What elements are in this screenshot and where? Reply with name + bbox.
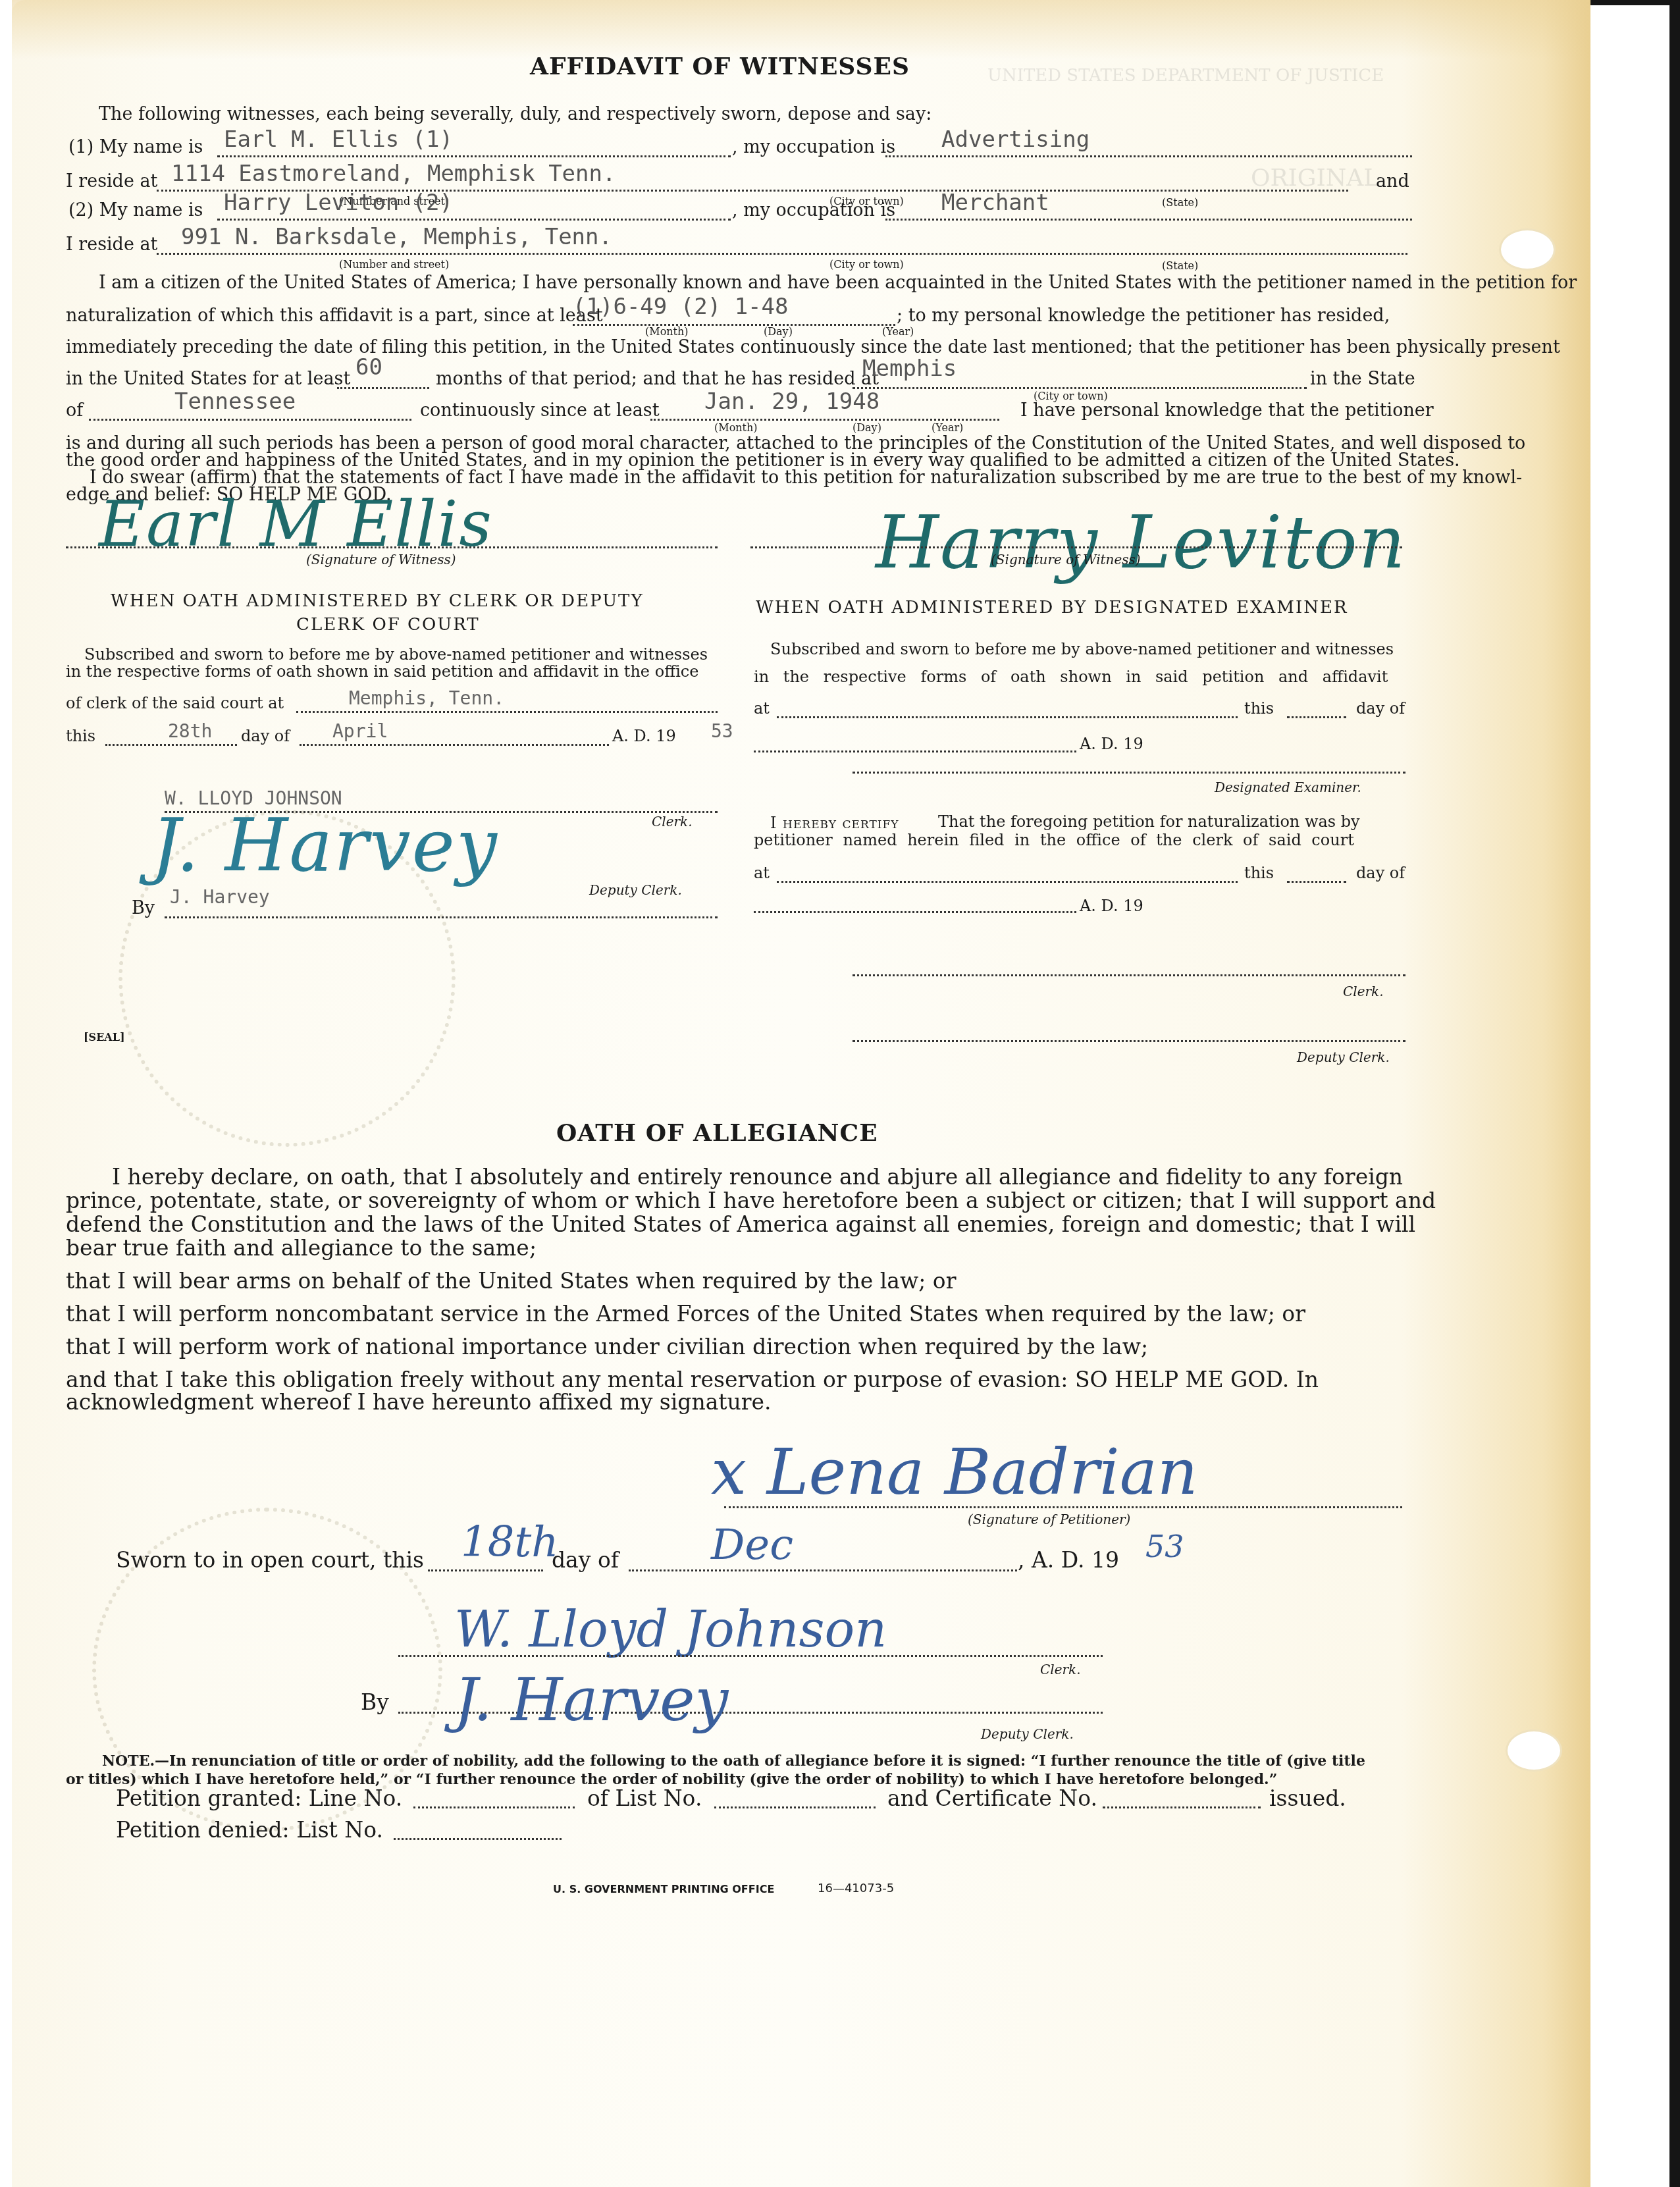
caption-day: (Day): [853, 421, 881, 434]
certify-clerk-label: Clerk.: [1343, 984, 1384, 999]
clerk-para-1: Subscribed and sworn to before me by abo…: [84, 645, 708, 664]
examiner-ad-label: A. D. 19: [1080, 735, 1143, 753]
date-field[interactable]: Jan. 29, 1948: [704, 388, 879, 415]
witness2-address-field[interactable]: 991 N. Barksdale, Memphis, Tenn.: [181, 224, 612, 250]
clerk-label: Clerk.: [652, 814, 693, 830]
caption-city-town: (City or town): [829, 258, 904, 271]
clerk-section-subheading: CLERK OF COURT: [296, 615, 480, 635]
since-date-field[interactable]: (1)6-49 (2) 1-48: [573, 294, 789, 320]
clerk-year-field[interactable]: 53: [711, 720, 733, 742]
witness1-name-field[interactable]: Earl M. Ellis (1): [224, 126, 453, 153]
caption-day: (Day): [764, 325, 793, 338]
sworn-day-of-label: day of: [552, 1548, 619, 1571]
date-line: [650, 419, 999, 421]
sworn-year-field[interactable]: 53: [1145, 1529, 1184, 1564]
note-text-line1: NOTE.—In renunciation of title or order …: [102, 1752, 1365, 1770]
clerk-ad-label: A. D. 19: [612, 727, 676, 745]
clerk-day-line: [105, 744, 237, 746]
oath-title: OATH OF ALLEGIANCE: [556, 1119, 878, 1147]
oath-clerk-label: Clerk.: [1040, 1662, 1081, 1677]
caption-month: (Month): [645, 325, 689, 338]
oath-clerk-line: [398, 1655, 1103, 1657]
scanner-edge-right: [1669, 0, 1680, 2187]
backing-sheet: [1590, 7, 1672, 2187]
witness1-signature-line: [66, 546, 718, 548]
certify-clerk-line: [853, 974, 1405, 976]
body-line-5-mid: continuously since at least: [420, 400, 660, 421]
clerk-this-label: this: [66, 727, 95, 745]
body-line-2: naturalization of which this affidavit i…: [66, 305, 603, 326]
certify-day-of-label: day of: [1356, 864, 1405, 882]
witness1-name-line: [217, 155, 731, 157]
certify-line-2: petitioner named herein filed in the off…: [754, 831, 1354, 849]
bleedthrough-text: ORIGINAL: [1251, 165, 1379, 192]
witness1-signature: Earl M Ellis: [99, 487, 493, 561]
certify-deputy-line: [853, 1040, 1405, 1042]
deputy-signature: J. Harvey: [151, 803, 498, 887]
examiner-section-heading: WHEN OATH ADMINISTERED BY DESIGNATED EXA…: [756, 598, 1348, 618]
oath-p5-line2: acknowledgment whereof I have hereunto a…: [66, 1390, 772, 1413]
binder-hole-bottom: [1508, 1731, 1560, 1770]
clerk-para-2: in the respective forms of oath shown in…: [66, 662, 699, 681]
examiner-para-1: Subscribed and sworn to before me by abo…: [770, 640, 1394, 658]
examiner-at-label: at: [754, 699, 770, 718]
and-text: and: [1376, 171, 1409, 192]
deputy-clerk-label: Deputy Clerk.: [589, 882, 682, 898]
witness2-address-line: [157, 253, 1407, 255]
clerk-month-line: [300, 744, 609, 746]
witness1-reside-label: I reside at: [66, 171, 157, 192]
certify-line-1: That the foregoing petition for naturali…: [938, 812, 1360, 831]
petitioner-signature-line: [724, 1506, 1402, 1508]
granted-list-no-field[interactable]: [714, 1806, 876, 1808]
intro-text: The following witnesses, each being seve…: [99, 104, 932, 124]
state-line: [89, 419, 411, 421]
clerk-place-line: [296, 711, 718, 713]
body-line-3: immediately preceding the date of filing…: [66, 337, 1560, 357]
caption-year: (Year): [932, 421, 963, 434]
oath-p3: that I will perform noncombatant service…: [66, 1302, 1305, 1325]
deputy-name-typed: J. Harvey: [170, 886, 270, 908]
examiner-month-line: [754, 751, 1076, 752]
body-line-1: I am a citizen of the United States of A…: [99, 273, 1577, 293]
oath-p1-line4: bear true faith and allegiance to the sa…: [66, 1236, 537, 1259]
witness1-occupation-label: , my occupation is: [732, 137, 895, 157]
body-line-4: in the United States for at least: [66, 369, 350, 389]
granted-label: Petition granted: Line No.: [116, 1787, 402, 1810]
body-line-5: of: [66, 400, 83, 421]
certify-at-label: at: [754, 864, 770, 882]
caption-state: (State): [1162, 196, 1198, 209]
oath-p1-line1: I hereby declare, on oath, that I absolu…: [112, 1165, 1403, 1188]
witness1-address-field[interactable]: 1114 Eastmoreland, Memphisk Tenn.: [171, 161, 616, 187]
seal-label: [SEAL]: [84, 1031, 125, 1043]
oath-p1-line3: defend the Constitution and the laws of …: [66, 1213, 1415, 1236]
examiner-signature-line: [853, 772, 1405, 774]
examiner-day-of-label: day of: [1356, 699, 1405, 718]
witness2-name-line: [217, 219, 731, 221]
binder-hole-top: [1501, 230, 1554, 269]
designated-examiner-label: Designated Examiner.: [1215, 779, 1361, 795]
clerk-para-3: of clerk of the said court at: [66, 694, 284, 712]
scanner-edge-top: [1590, 0, 1680, 5]
certificate-label: and Certificate No.: [887, 1787, 1097, 1810]
witness2-signature-caption: (Signature of Witness): [991, 552, 1141, 567]
certify-deputy-label: Deputy Clerk.: [1297, 1049, 1390, 1065]
oath-clerk-signature: W. Lloyd Johnson: [454, 1600, 887, 1658]
examiner-para-2: in the respective forms of oath shown in…: [754, 668, 1388, 686]
clerk-place-field[interactable]: Memphis, Tenn.: [349, 687, 504, 709]
granted-line-no-field[interactable]: [413, 1806, 575, 1808]
certify-place-line: [777, 881, 1238, 883]
caption-number-street: (Number and street): [339, 258, 449, 271]
of-list-label: of List No.: [587, 1787, 702, 1810]
witness1-name-label: (1) My name is: [68, 137, 203, 157]
examiner-place-line: [777, 716, 1238, 718]
printer-imprint: U. S. GOVERNMENT PRINTING OFFICE: [553, 1883, 774, 1895]
oath-p1-line2: prince, potentate, state, or sovereignty…: [66, 1189, 1436, 1212]
examiner-day-line: [1287, 716, 1346, 718]
certificate-no-field[interactable]: [1103, 1806, 1261, 1808]
witness1-occupation-field[interactable]: Advertising: [941, 126, 1089, 153]
since-date-line: [573, 324, 895, 326]
witness2-name-label: (2) My name is: [68, 200, 203, 221]
caption-year: (Year): [882, 325, 914, 338]
witness2-reside-label: I reside at: [66, 234, 157, 255]
body-line-2-post: ; to my personal knowledge the petitione…: [897, 305, 1390, 326]
form-code: 16—41073-5: [818, 1882, 894, 1895]
oath-deputy-signature: J. Harvey: [454, 1666, 728, 1735]
denied-list-no-field[interactable]: [394, 1838, 562, 1840]
sworn-day-field[interactable]: 18th: [461, 1518, 558, 1567]
clerk-day-of-label: day of: [241, 727, 290, 745]
clerk-month-field[interactable]: April: [332, 720, 388, 742]
witness1-occupation-line: [885, 155, 1412, 157]
witness2-occupation-field[interactable]: Merchant: [941, 190, 1049, 216]
denied-label: Petition denied: List No.: [116, 1818, 383, 1841]
sworn-ad-label: , A. D. 19: [1018, 1548, 1119, 1571]
note-lead: NOTE.: [102, 1752, 155, 1770]
certify-day-line: [1287, 881, 1346, 883]
oath-p4: that I will perform work of national imp…: [66, 1335, 1148, 1358]
petitioner-signature: x Lena Badrian: [711, 1435, 1198, 1509]
oath-p5-line1: and that I take this obligation freely w…: [66, 1368, 1319, 1391]
state-field[interactable]: Tennessee: [174, 388, 296, 415]
examiner-this-label: this: [1244, 699, 1274, 718]
sworn-month-field[interactable]: Dec: [711, 1521, 793, 1569]
sworn-day-line: [428, 1569, 543, 1571]
oath-deputy-label: Deputy Clerk.: [981, 1726, 1074, 1742]
petitioner-signature-caption: (Signature of Petitioner): [968, 1512, 1130, 1527]
body-line-5-post: I have personal knowledge that the petit…: [1020, 400, 1434, 421]
certify-month-line: [754, 911, 1076, 913]
witness2-signature: Harry Leviton: [876, 500, 1407, 585]
witness1-signature-caption: (Signature of Witness): [306, 552, 456, 567]
form-title: AFFIDAVIT OF WITNESSES: [530, 53, 910, 80]
oath-by-label: By: [361, 1691, 389, 1714]
body-line-4-mid: months of that period; and that he has r…: [436, 369, 879, 389]
certify-ad-label: A. D. 19: [1080, 897, 1143, 915]
by-label: By: [132, 898, 155, 918]
witness2-occupation-label: , my occupation is: [732, 200, 895, 221]
sworn-month-line: [629, 1569, 1017, 1571]
oath-p2: that I will bear arms on behalf of the U…: [66, 1269, 956, 1292]
certify-this-label: this: [1244, 864, 1274, 882]
sworn-label: Sworn to in open court, this: [116, 1548, 424, 1571]
witness2-signature-line: [750, 546, 1402, 548]
clerk-section-heading: WHEN OATH ADMINISTERED BY CLERK OR DEPUT…: [111, 591, 644, 611]
caption-state: (State): [1162, 259, 1198, 272]
bleedthrough-text: UNITED STATES DEPARTMENT OF JUSTICE: [987, 66, 1384, 86]
months-line: [337, 387, 429, 389]
witness2-occupation-line: [885, 219, 1412, 221]
deputy-signature-line: [165, 916, 718, 918]
body-line-4-post: in the State: [1310, 369, 1415, 389]
caption-month: (Month): [714, 421, 758, 434]
witness2-name-field[interactable]: Harry Leviton (2): [224, 190, 453, 216]
city-line: [853, 387, 1307, 389]
city-field[interactable]: Memphis: [862, 356, 957, 382]
issued-label: issued.: [1269, 1787, 1346, 1810]
months-field[interactable]: 60: [355, 354, 382, 381]
certify-lead: I hereby certify: [770, 814, 899, 832]
clerk-day-field[interactable]: 28th: [168, 720, 212, 742]
